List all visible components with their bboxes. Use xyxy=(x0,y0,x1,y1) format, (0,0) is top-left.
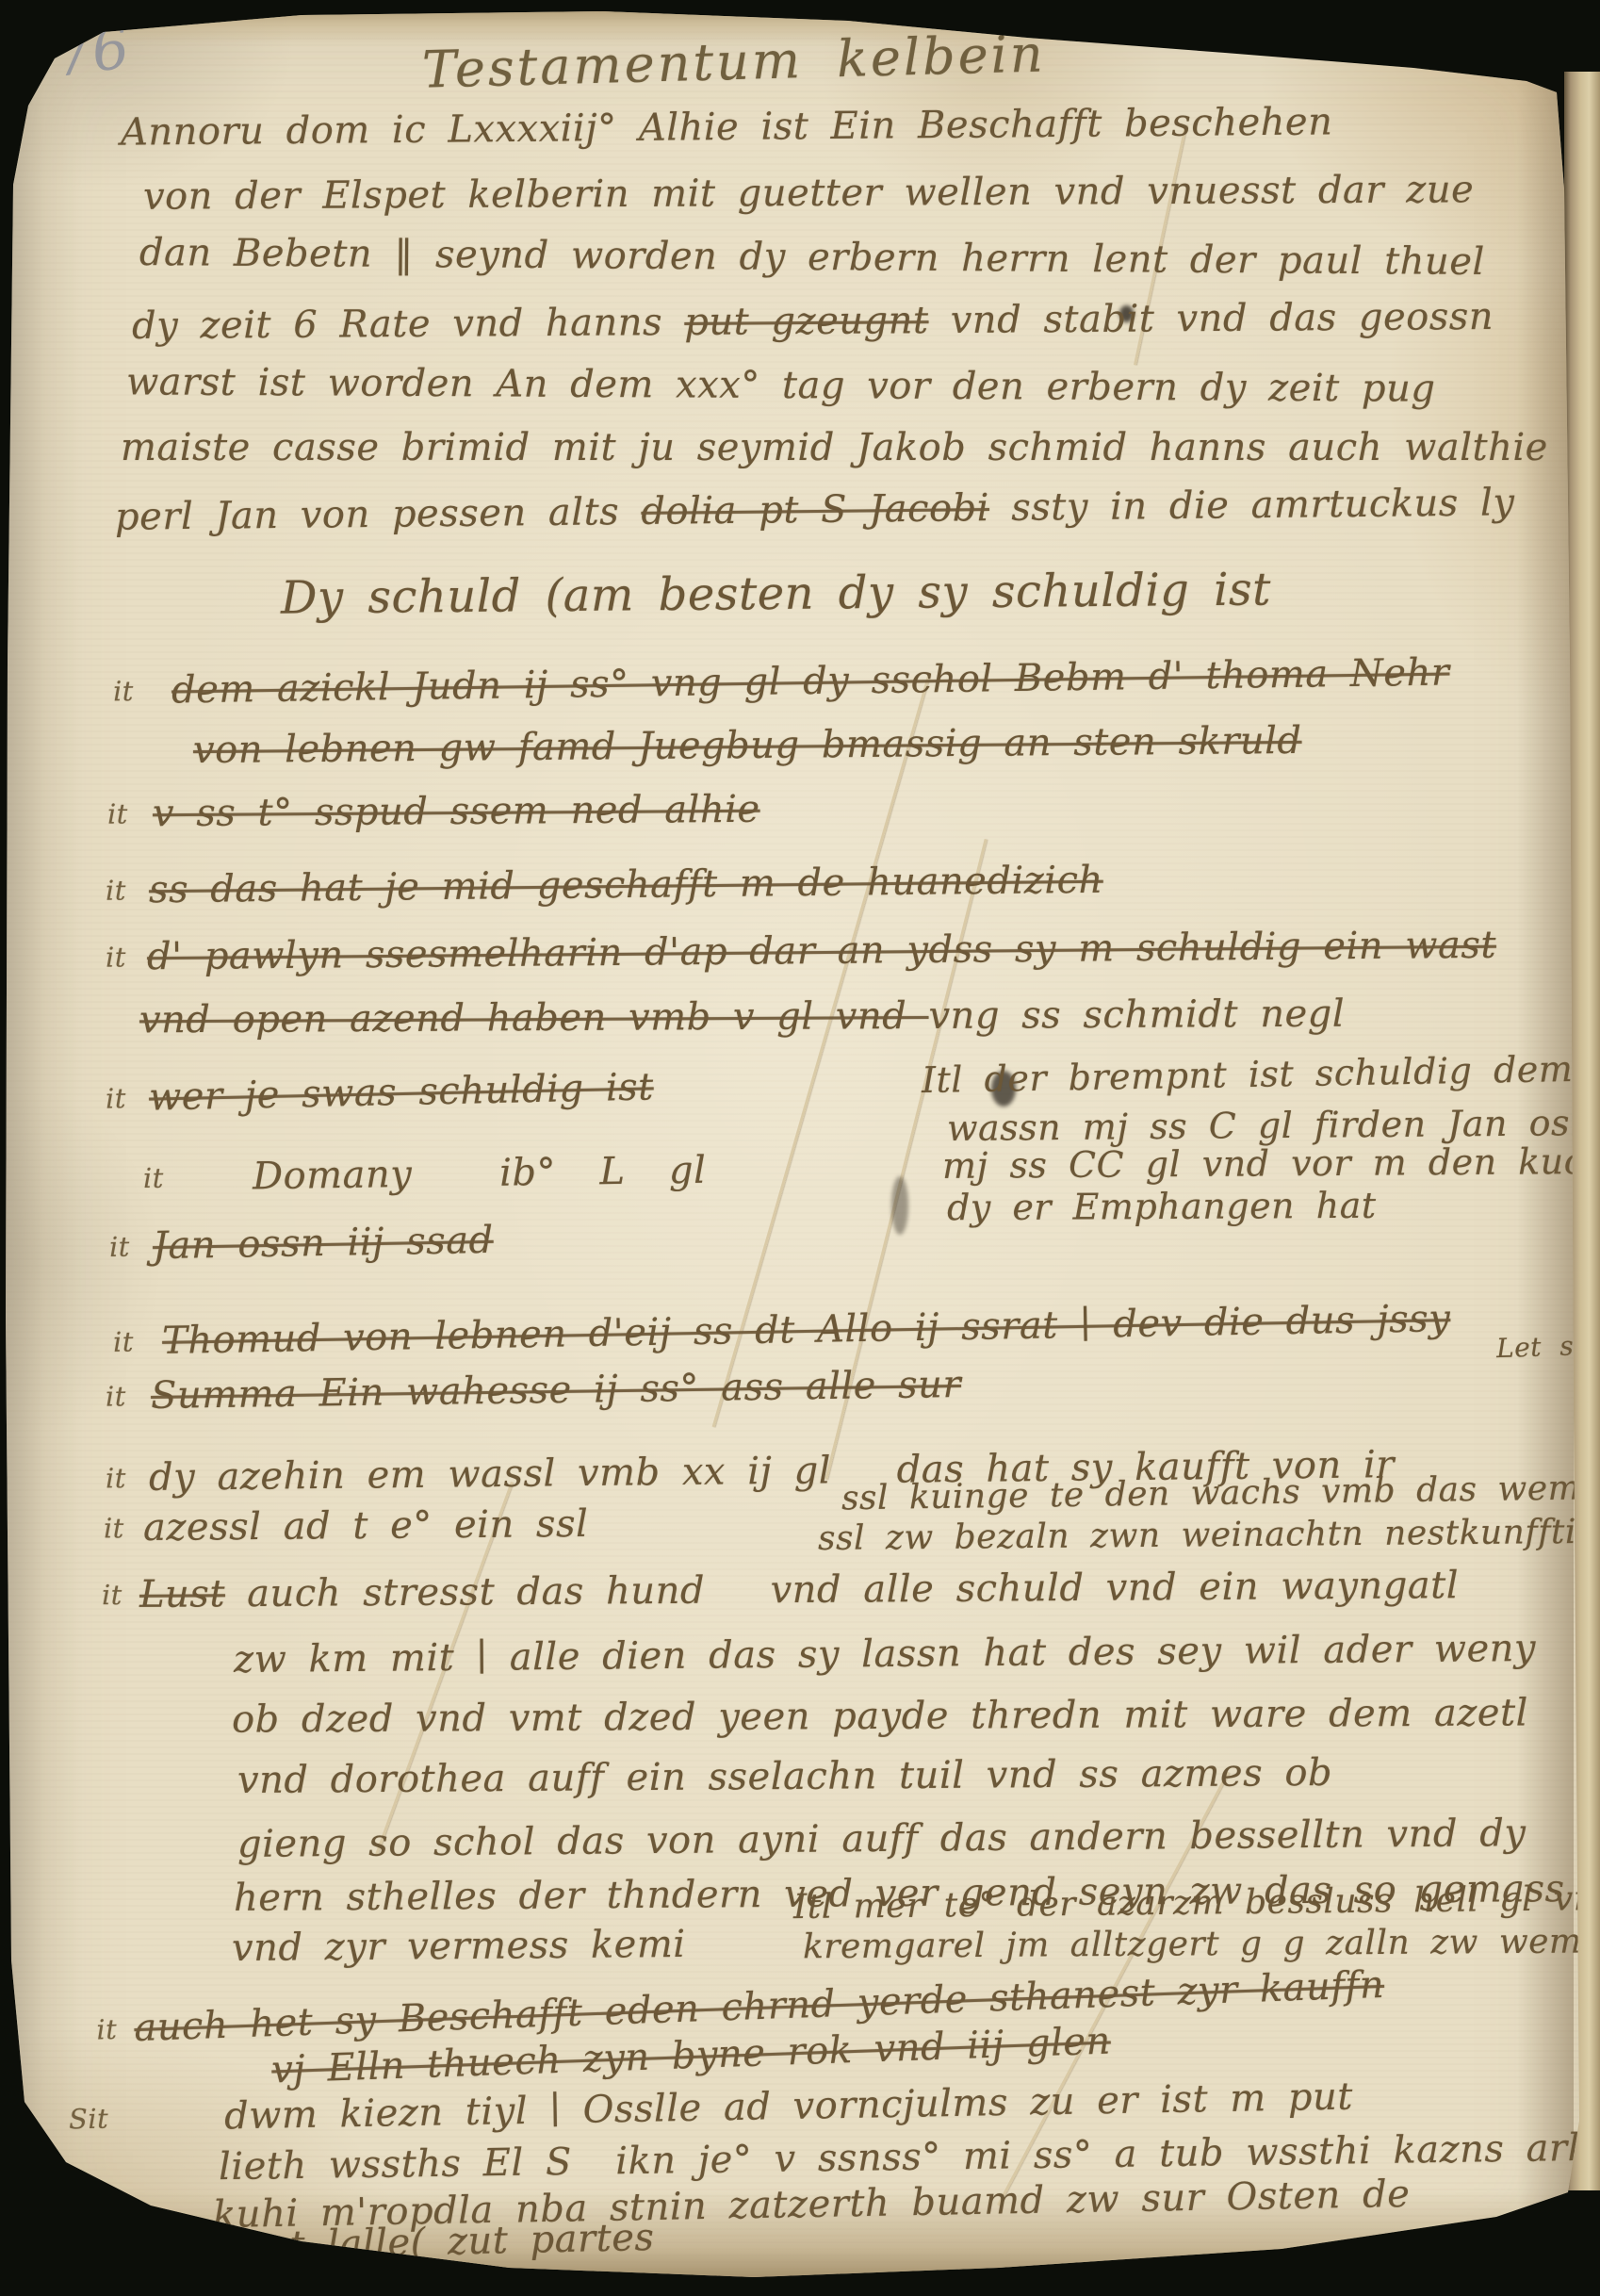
manuscript-line: Annoru dom ic Lxxxxiij° Alhie ist Ein Be… xyxy=(121,100,1333,154)
item-marker: it xyxy=(106,1082,127,1114)
item-marker: it xyxy=(143,1162,164,1194)
item-marker: it xyxy=(106,1380,126,1412)
manuscript-line: itss das hat je mid geschafft m de huane… xyxy=(149,859,1103,912)
struck-text: Summa Ein wahesse ij ss° ass alle sur xyxy=(151,1363,962,1418)
manuscript-line: von der Elspet kelberin mit guetter well… xyxy=(143,168,1474,218)
text-segment: vnd zyr vermess kemi xyxy=(232,1923,686,1970)
text-segment: Annoru dom ic Lxxxxiij° Alhie ist Ein Be… xyxy=(121,100,1333,154)
manuscript-line: dy er Emphangen hat xyxy=(947,1185,1377,1228)
manuscript-line: Dy schuld (am besten dy sy schuldig ist xyxy=(281,563,1271,624)
manuscript-line: gieng so schol das von ayni auff das and… xyxy=(237,1812,1527,1866)
manuscript-line: mj ss CC gl vnd vor m den kuchn het xyxy=(942,1140,1600,1187)
text-segment: Dy schuld (am besten dy sy schuldig ist xyxy=(281,563,1271,624)
red-edge-mark xyxy=(1123,9,1135,16)
struck-text: Jan ossn iij ssad xyxy=(153,1219,494,1268)
item-marker: it xyxy=(107,797,128,829)
text-segment: dy er Emphangen hat xyxy=(947,1185,1377,1228)
manuscript-line: von lebnen gw famd Juegbug bmassig an st… xyxy=(193,719,1302,772)
text-segment: kremgarel jm alltzgert g g zalln zw wema… xyxy=(803,1922,1600,1967)
struck-text: d' pawlyn ssesmelharin d'ap dar an ydss … xyxy=(147,924,1496,978)
text-segment: perl Jan von pessen alts xyxy=(115,490,642,539)
struck-text: von lebnen gw famd Juegbug bmassig an st… xyxy=(193,719,1302,772)
manuscript-line: ssl zw bezaln zwn weinachtn nestkunfftig… xyxy=(818,1512,1600,1558)
struck-text: ss das hat je mid geschafft m de huanedi… xyxy=(149,859,1103,912)
text-segment: von der Elspet kelberin mit guetter well… xyxy=(143,168,1474,218)
text-segment: ssty in die amrtuckus ly xyxy=(989,481,1515,530)
item-marker: Sit xyxy=(69,2103,109,2136)
item-marker: it xyxy=(102,1579,122,1611)
struck-text: Lust xyxy=(139,1572,225,1616)
manuscript-page: 76 Testamentum kelbein Annoru dom ic Lxx… xyxy=(0,0,1600,2296)
text-segment: Domany ib° L gl xyxy=(253,1149,707,1199)
manuscript-line: Itl der brempnt ist schuldig dem xyxy=(922,1048,1574,1101)
item-marker: it xyxy=(113,1325,134,1357)
manuscript-line: itLust auch stresst das hund vnd alle sc… xyxy=(139,1564,1459,1616)
manuscript-line: kremgarel jm alltzgert g g zalln zw wema… xyxy=(803,1922,1600,1967)
item-marker: it xyxy=(106,875,126,907)
struck-text: dem azickl Judn ij ss° vng gl dy sschol … xyxy=(171,651,1450,713)
manuscript-line: itd' pawlyn ssesmelharin d'ap dar an yds… xyxy=(147,924,1496,978)
text-segment: Itl der brempnt ist schuldig dem xyxy=(922,1048,1574,1101)
page-left-edge xyxy=(0,0,81,2296)
struck-text: v ss t° sspud ssem ned alhie xyxy=(153,788,760,835)
struck-text: wer je swas schuldig ist xyxy=(149,1065,655,1119)
manuscript-line: itDomany ib° L gl xyxy=(253,1149,707,1199)
manuscript-line: dy zeit 6 Rate vnd hanns put gzeugnt vnd… xyxy=(132,295,1494,348)
struck-text: Thomud von lebnen d'eij ss dt Allo ij ss… xyxy=(162,1297,1451,1363)
item-marker: it xyxy=(104,1512,124,1544)
manuscript-line: vnd open azend haben vmb v gl vnd vng ss… xyxy=(139,992,1345,1042)
text-segment: vng ss schmidt negl xyxy=(928,992,1345,1038)
text-segment: ob dzed vnd vmt dzed yeen payde thredn m… xyxy=(232,1691,1528,1741)
manuscript-line: dan Bebetn ‖ seynd worden dy erbern herr… xyxy=(139,231,1485,284)
manuscript-line: itSumma Ein wahesse ij ss° ass alle sur xyxy=(151,1363,962,1418)
text-segment: dan Bebetn ‖ seynd worden dy erbern herr… xyxy=(139,231,1485,284)
text-segment: vnd stabit vnd das geossn xyxy=(928,295,1494,342)
text-segment: zw km mit ∣ alle dien das sy lassn hat d… xyxy=(234,1627,1536,1681)
text-segment: vnd dorothea auff ein sselachn tuil vnd … xyxy=(237,1751,1332,1802)
item-marker: it xyxy=(113,675,134,707)
manuscript-line: itdem azickl Judn ij ss° vng gl dy sscho… xyxy=(171,651,1450,713)
text-segment: dy zeit 6 Rate vnd hanns xyxy=(132,301,685,348)
manuscript-line: itJan ossn iij ssad xyxy=(153,1219,494,1268)
folio-number: 76 xyxy=(50,12,133,90)
text-segment: warst ist worden An dem xxx° tag vor den… xyxy=(126,360,1436,410)
text-segment: maiste casse brimid mit ju seymid Jakob … xyxy=(121,426,1548,469)
struck-text: vnd open azend haben vmb v gl vnd xyxy=(139,994,929,1041)
struck-text: dolia pt S Jacobi xyxy=(641,486,989,533)
text-segment: auch stresst das hund vnd alle schuld vn… xyxy=(225,1564,1459,1615)
item-marker: it xyxy=(106,941,126,973)
manuscript-line: itazessl ad t e° ein ssl xyxy=(143,1502,589,1550)
item-marker: it xyxy=(96,2013,118,2046)
text-segment: ssl zw bezaln zwn weinachtn nestkunfftig… xyxy=(818,1512,1600,1558)
manuscript-line: ob dzed vnd vmt dzed yeen payde thredn m… xyxy=(232,1691,1528,1741)
ink-blot xyxy=(891,1176,908,1235)
struck-text: put gzeugnt xyxy=(684,299,929,344)
manuscript-line: warst ist worden An dem xxx° tag vor den… xyxy=(126,360,1436,410)
manuscript-line: itwer je swas schuldig ist xyxy=(149,1065,655,1119)
item-marker: it xyxy=(109,1231,130,1263)
item-marker: it xyxy=(106,1462,126,1494)
manuscript-line: itv ss t° sspud ssem ned alhie xyxy=(153,788,760,835)
manuscript-line: vnd dorothea auff ein sselachn tuil vnd … xyxy=(237,1751,1332,1802)
manuscript-line: vnd zyr vermess kemi xyxy=(232,1923,686,1970)
manuscript-line: zw km mit ∣ alle dien das sy lassn hat d… xyxy=(234,1627,1536,1681)
manuscript-scan: 76 Testamentum kelbein Annoru dom ic Lxx… xyxy=(0,0,1600,2296)
text-segment: gieng so schol das von ayni auff das and… xyxy=(237,1812,1527,1866)
text-segment: azessl ad t e° ein ssl xyxy=(143,1502,589,1550)
text-segment: mj ss CC gl vnd vor m den kuchn het xyxy=(942,1140,1600,1187)
manuscript-line: maiste casse brimid mit ju seymid Jakob … xyxy=(121,426,1548,469)
manuscript-line: itThomud von lebnen d'eij ss dt Allo ij … xyxy=(162,1297,1451,1363)
manuscript-line: perl Jan von pessen alts dolia pt S Jaco… xyxy=(115,481,1515,539)
